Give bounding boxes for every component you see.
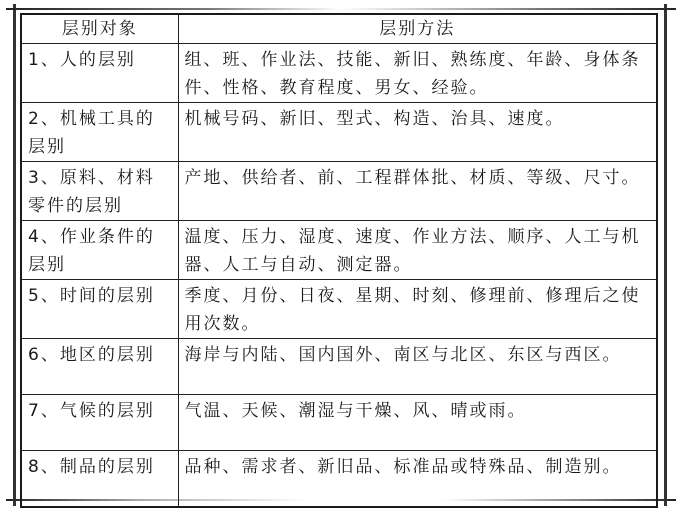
header-method: 层别方法 bbox=[178, 14, 657, 44]
row-object: 3、原料、材料零件的层别 bbox=[21, 162, 178, 221]
frame-line-right bbox=[664, 4, 667, 506]
table-row: 5、时间的层别 季度、月份、日夜、星期、时刻、修理前、修理后之使用次数。 bbox=[21, 280, 657, 339]
row-object: 2、机械工具的层别 bbox=[21, 103, 178, 162]
row-method: 季度、月份、日夜、星期、时刻、修理前、修理后之使用次数。 bbox=[178, 280, 657, 339]
frame-line-top bbox=[6, 8, 676, 10]
row-method: 温度、压力、湿度、速度、作业方法、顺序、人工与机器、人工与自动、测定器。 bbox=[178, 221, 657, 280]
row-object: 4、作业条件的层别 bbox=[21, 221, 178, 280]
table-row: 1、人的层别 组、班、作业法、技能、新旧、熟练度、年龄、身体条件、性格、教育程度… bbox=[21, 44, 657, 103]
row-object: 6、地区的层别 bbox=[21, 339, 178, 395]
row-method: 海岸与内陆、国内国外、南区与北区、东区与西区。 bbox=[178, 339, 657, 395]
table-row: 6、地区的层别 海岸与内陆、国内国外、南区与北区、东区与西区。 bbox=[21, 339, 657, 395]
table-row: 3、原料、材料零件的层别 产地、供给者、前、工程群体批、材质、等级、尺寸。 bbox=[21, 162, 657, 221]
row-object: 7、气候的层别 bbox=[21, 395, 178, 451]
stratification-table: 层别对象 层别方法 1、人的层别 组、班、作业法、技能、新旧、熟练度、年龄、身体… bbox=[20, 13, 658, 508]
header-object: 层别对象 bbox=[21, 14, 178, 44]
table-row: 7、气候的层别 气温、天候、潮湿与干燥、风、晴或雨。 bbox=[21, 395, 657, 451]
row-method: 气温、天候、潮湿与干燥、风、晴或雨。 bbox=[178, 395, 657, 451]
frame-line-left bbox=[13, 4, 16, 506]
row-object: 8、制品的层别 bbox=[21, 451, 178, 507]
table-row: 4、作业条件的层别 温度、压力、湿度、速度、作业方法、顺序、人工与机器、人工与自… bbox=[21, 221, 657, 280]
row-method: 品种、需求者、新旧品、标准品或特殊品、制造别。 bbox=[178, 451, 657, 507]
table-row: 8、制品的层别 品种、需求者、新旧品、标准品或特殊品、制造别。 bbox=[21, 451, 657, 507]
row-method: 机械号码、新旧、型式、构造、治具、速度。 bbox=[178, 103, 657, 162]
table-row: 2、机械工具的层别 机械号码、新旧、型式、构造、治具、速度。 bbox=[21, 103, 657, 162]
row-method: 产地、供给者、前、工程群体批、材质、等级、尺寸。 bbox=[178, 162, 657, 221]
row-object: 5、时间的层别 bbox=[21, 280, 178, 339]
row-method: 组、班、作业法、技能、新旧、熟练度、年龄、身体条件、性格、教育程度、男女、经验。 bbox=[178, 44, 657, 103]
table-header-row: 层别对象 层别方法 bbox=[21, 14, 657, 44]
row-object: 1、人的层别 bbox=[21, 44, 178, 103]
